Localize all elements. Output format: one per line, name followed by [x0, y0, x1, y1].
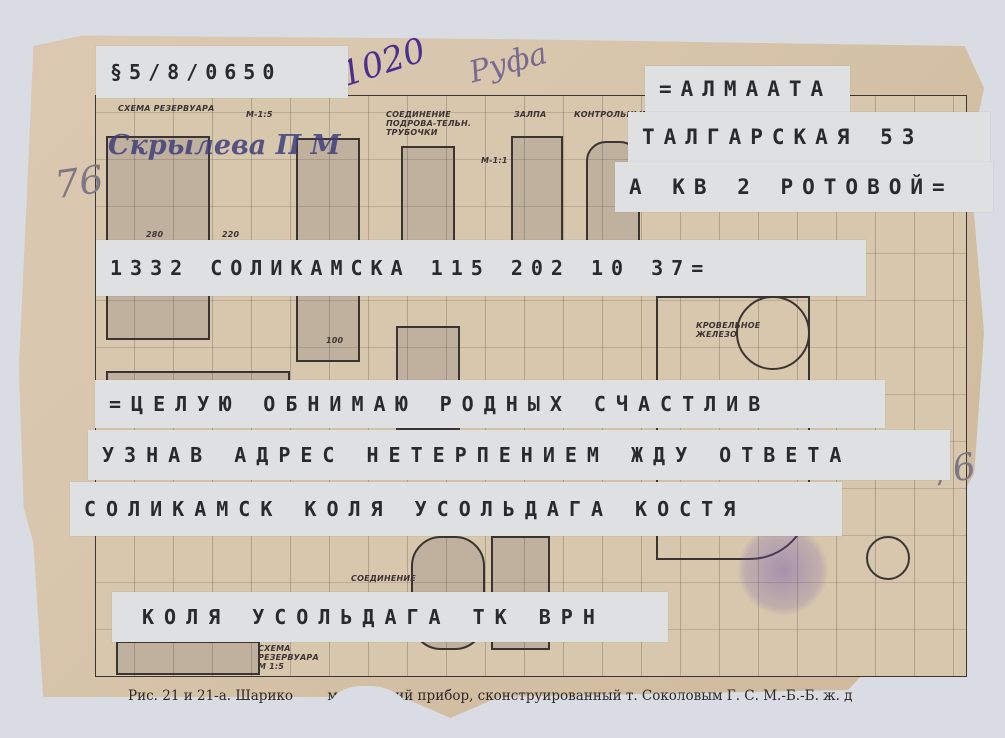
reservoir-outline [106, 136, 210, 340]
tape-address-apartment: А КВ 2 РОТОВОЙ= [615, 162, 993, 212]
drawing-label: М-1:1 [481, 156, 508, 165]
tape-message-line-3: СОЛИКАМСК КОЛЯ УСОЛЬДАГА КОСТЯ [70, 482, 842, 536]
tape-service-line: 1332 СОЛИКАМСКА 115 202 10 37= [96, 240, 866, 296]
drawing-label: 220 [222, 230, 239, 239]
drawing-label: СОЕДИНЕНИЕ ПОДРОВА-ТЕЛЬН. ТРУБОЧКИ [386, 110, 476, 137]
drawing-label: М-1:5 [246, 110, 273, 119]
tape-signature-line: КОЛЯ УСОЛЬДАГА ТК ВРН [112, 592, 668, 642]
tape-header-code: §5/8/0650 [96, 46, 348, 98]
torn-edge [330, 686, 408, 738]
tape-address-street: ТАЛГАРСКАЯ 53 [628, 112, 990, 162]
schema-box [116, 641, 260, 675]
pulley-wheel [866, 536, 910, 580]
tape-message-line-2: УЗНАВ АДРЕС НЕТЕРПЕНИЕМ ЖДУ ОТВЕТА [88, 430, 950, 480]
drawing-label: ЗАЛПА [514, 110, 546, 119]
postal-stamp [738, 525, 828, 615]
drawing-label: СХЕМА РЕЗЕРВУАРА [118, 104, 215, 113]
drawing-label: СОЕДИНЕНИЕ [351, 574, 416, 583]
tape-address-city: =АЛМААТА [645, 66, 850, 112]
drawing-label: СХЕМА РЕЗЕРВУАРА М 1:5 [258, 644, 318, 671]
gear-wheel [736, 296, 810, 370]
tape-message-line-1: =ЦЕЛУЮ ОБНИМАЮ РОДНЫХ СЧАСТЛИВ [95, 380, 885, 428]
handwritten-sender-name: Скрылева П М [108, 130, 340, 161]
figure-caption: Рис. 21 и 21-а. Шарико матический прибор… [128, 688, 852, 704]
pencil-mark-left: 76 [52, 157, 106, 207]
